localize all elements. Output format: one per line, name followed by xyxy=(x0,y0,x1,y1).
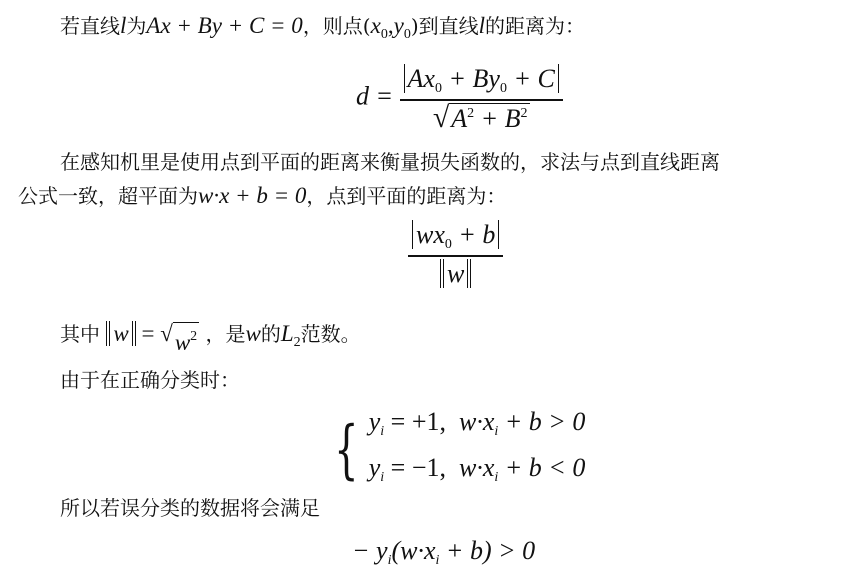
line-equation: Ax + By + C = 0 xyxy=(146,13,302,38)
text: 其中 xyxy=(60,322,100,346)
formula-misclassification: − yi(w·xi + b) > 0 xyxy=(352,536,535,569)
lhs: d = xyxy=(356,82,393,111)
text: 公式一致，超平面为 xyxy=(18,184,198,208)
var-w: w xyxy=(246,321,261,346)
sqrt-icon: √ xyxy=(160,322,173,357)
var-L: L xyxy=(281,321,294,346)
denominator: √A2 + B2 xyxy=(433,101,530,134)
subscript: 2 xyxy=(294,335,301,350)
text: ，是 xyxy=(206,322,246,346)
fraction: Ax0 + By0 + C √A2 + B2 xyxy=(400,64,563,134)
text: ，点到平面的距离为： xyxy=(306,184,506,208)
var-y: y xyxy=(394,13,404,38)
text: 为 xyxy=(126,14,146,38)
sqrt-icon: √ xyxy=(433,103,449,134)
para-perceptron-line2: 公式一致，超平面为w·x + b = 0，点到平面的距离为： xyxy=(18,182,506,210)
left-brace-icon: { xyxy=(334,418,358,482)
numerator: Ax0 + By0 + C xyxy=(400,64,563,99)
text: 的距离为： xyxy=(485,14,585,38)
subscript: 0 xyxy=(404,27,411,42)
para-perceptron-line1: 在感知机里是使用点到平面的距离来衡量损失函数的，求法与点到直线距离 xyxy=(60,148,720,176)
hyperplane-equation: w·x + b = 0 xyxy=(198,183,306,208)
formula-point-plane-distance: wx0 + b w xyxy=(408,220,503,289)
formula-point-line-distance: d = Ax0 + By0 + C √A2 + B2 xyxy=(356,64,563,134)
equals: = xyxy=(136,321,160,346)
line-correct-classification: 由于在正确分类时： xyxy=(60,366,240,394)
formula-cases: { yi = +1, w·xi + b > 0 yi = −1, w·xi + … xyxy=(326,404,585,496)
fraction: wx0 + b w xyxy=(408,220,503,289)
subscript: 0 xyxy=(381,27,388,42)
text: ，则点( xyxy=(303,14,371,38)
text: 若直线 xyxy=(60,14,120,38)
case-positive: yi = +1, w·xi + b > 0 xyxy=(369,404,586,450)
line-l2-norm: 其中 w = √w2 ，是w的L2范数。 xyxy=(60,320,361,357)
line-misclassified: 所以若误分类的数据将会满足 xyxy=(60,494,320,522)
line-distance-intro: 若直线l为Ax + By + C = 0，则点(x0,y0)到直线l的距离为： xyxy=(60,12,585,49)
text: 的 xyxy=(261,322,281,346)
text: 范数。 xyxy=(301,322,361,346)
numerator: wx0 + b xyxy=(408,220,503,255)
denominator: w xyxy=(440,257,471,289)
var-x: x xyxy=(371,13,381,38)
case-negative: yi = −1, w·xi + b < 0 xyxy=(369,450,586,496)
text: )到直线 xyxy=(411,14,479,38)
norm-w: w xyxy=(106,321,135,346)
